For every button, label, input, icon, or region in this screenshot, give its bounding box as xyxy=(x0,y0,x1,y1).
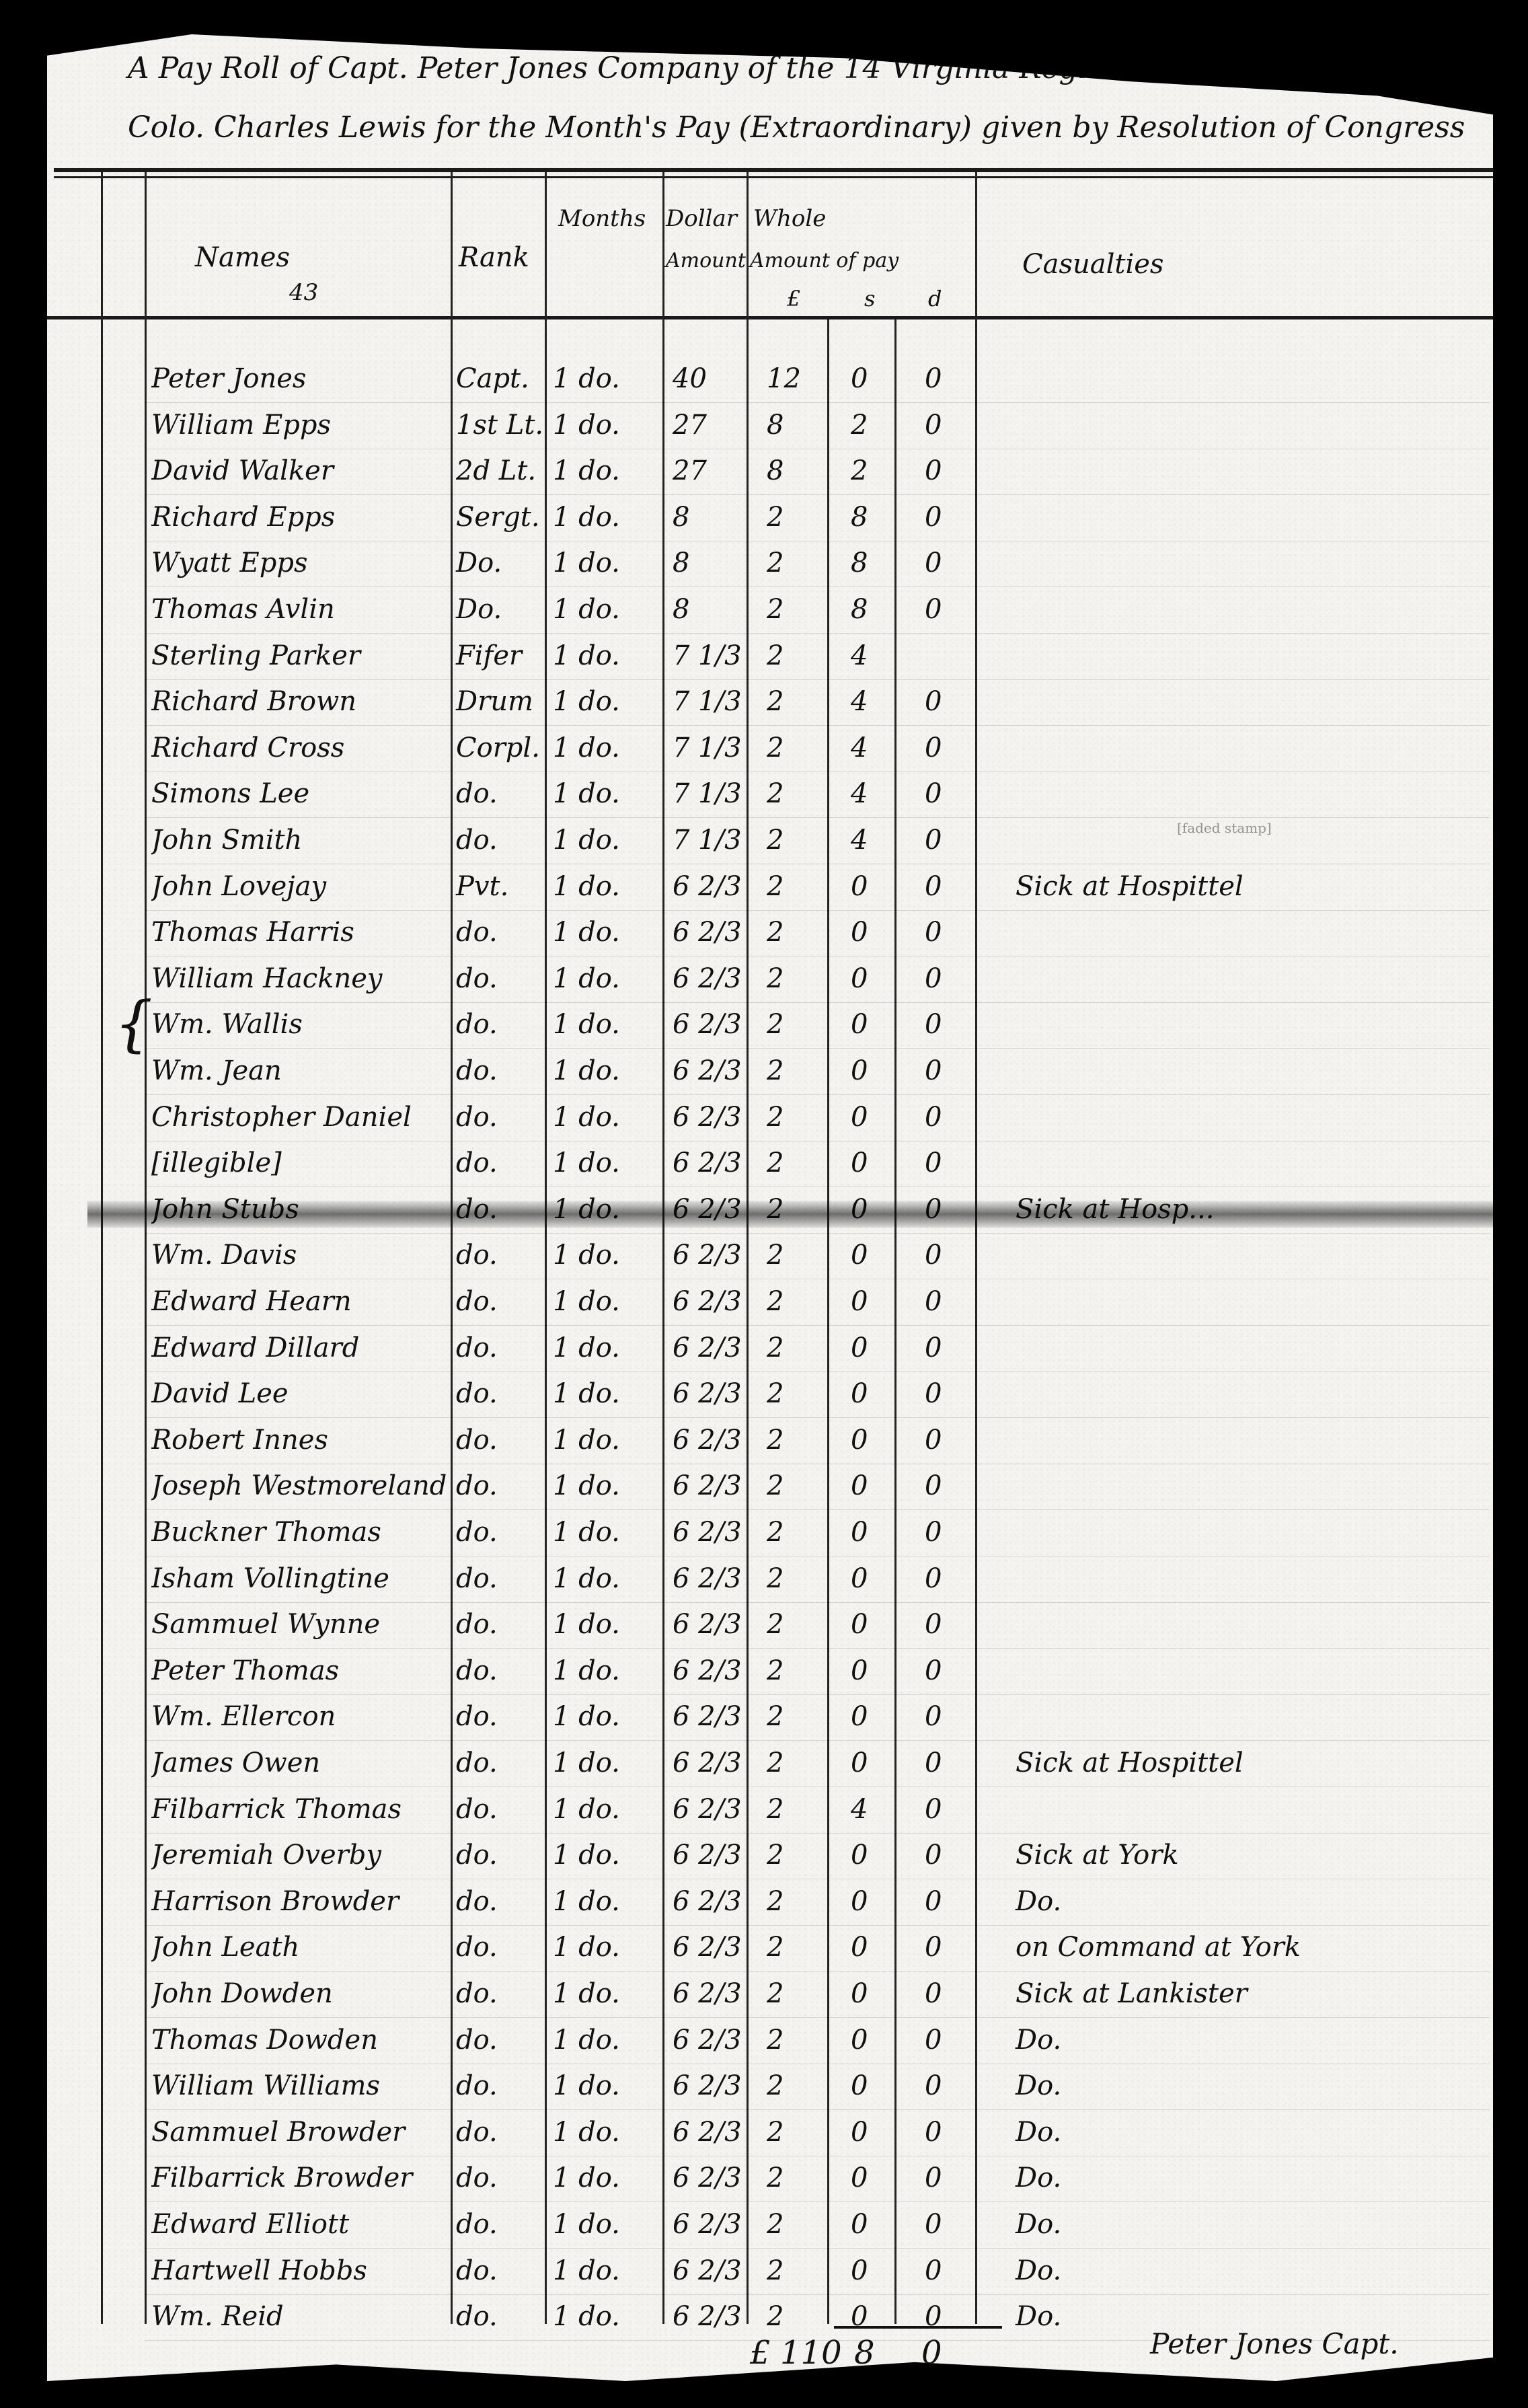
pounds-cell: 2 xyxy=(767,1655,784,1686)
pounds-cell: 2 xyxy=(767,502,784,533)
shillings-cell: 0 xyxy=(851,917,868,948)
dollars-cell: 6 2/3 xyxy=(673,1517,742,1548)
dollars-cell: 6 2/3 xyxy=(673,1378,742,1409)
rank-cell: do. xyxy=(456,2025,498,2056)
casualty-cell: Sick at Hospittel xyxy=(1016,871,1244,902)
dollars-cell: 7 1/3 xyxy=(673,732,742,763)
dollars-cell: 27 xyxy=(673,455,707,486)
row-rule xyxy=(145,910,1490,911)
table-row: Harrison Browderdo.1 do.6 2/3200Do. xyxy=(0,1886,1480,1937)
casualty-cell: Do. xyxy=(1016,2255,1061,2286)
soldier-name: Wm. Wallis xyxy=(151,1009,447,1040)
shillings-cell: 4 xyxy=(851,778,868,809)
soldier-name: Buckner Thomas xyxy=(151,1517,447,1548)
pounds-cell: 8 xyxy=(767,455,784,486)
dollars-cell: 6 2/3 xyxy=(673,963,742,994)
pence-cell: 0 xyxy=(925,871,942,902)
pounds-cell: 2 xyxy=(767,871,784,902)
pounds-cell: 2 xyxy=(767,825,784,856)
dollars-cell: 6 2/3 xyxy=(673,1286,742,1317)
pounds-cell: 2 xyxy=(767,1978,784,2009)
pounds-cell: 2 xyxy=(767,1102,784,1133)
pence-cell: 0 xyxy=(925,1102,942,1133)
table-row: William Williamsdo.1 do.6 2/3200Do. xyxy=(0,2070,1480,2121)
table-row: Thomas Harrisdo.1 do.6 2/3200 xyxy=(0,917,1480,968)
table-row: Richard CrossCorpl.1 do.7 1/3240 xyxy=(0,732,1480,784)
soldier-name: William Hackney xyxy=(151,963,447,994)
table-row: James Owendo.1 do.6 2/3200Sick at Hospit… xyxy=(0,1747,1480,1799)
shillings-cell: 0 xyxy=(851,1240,868,1271)
rank-cell: do. xyxy=(456,1055,498,1086)
soldier-name: Thomas Harris xyxy=(151,917,447,948)
row-rule xyxy=(145,1141,1490,1141)
soldier-name: Sammuel Wynne xyxy=(151,1609,447,1640)
casualty-cell: Sick at Lankister xyxy=(1016,1978,1248,2009)
row-rule xyxy=(145,2156,1490,2156)
pence-cell: 0 xyxy=(925,1378,942,1409)
table-row: William Epps1st Lt.1 do.27820 xyxy=(0,410,1480,461)
header-top-rule xyxy=(54,168,1493,172)
table-row: Thomas AvlinDo.1 do.8280 xyxy=(0,594,1480,645)
table-row: Peter JonesCapt.1 do.401200 xyxy=(0,363,1480,414)
shillings-cell: 0 xyxy=(851,1517,868,1548)
casualty-cell: Do. xyxy=(1016,2209,1061,2240)
row-rule xyxy=(145,587,1490,587)
rank-cell: do. xyxy=(456,1517,498,1548)
dollars-cell: 6 2/3 xyxy=(673,1655,742,1686)
dollars-cell: 6 2/3 xyxy=(673,1102,742,1133)
pence-cell: 0 xyxy=(925,502,942,533)
row-rule xyxy=(145,541,1490,541)
months-cell: 1 do. xyxy=(553,1563,620,1594)
table-row: Robert Innesdo.1 do.6 2/3200 xyxy=(0,1425,1480,1476)
pounds-cell: 2 xyxy=(767,594,784,625)
soldier-name: Edward Dillard xyxy=(151,1332,447,1363)
shillings-cell: 0 xyxy=(851,363,868,394)
soldier-name: John Leath xyxy=(151,1932,447,1963)
dollars-cell: 40 xyxy=(673,363,707,394)
soldier-name: Richard Brown xyxy=(151,686,447,717)
soldier-name: Peter Jones xyxy=(151,363,447,394)
shillings-cell: 0 xyxy=(851,1378,868,1409)
pounds-cell: 2 xyxy=(767,1055,784,1086)
shillings-cell: 0 xyxy=(851,2025,868,2056)
months-cell: 1 do. xyxy=(553,871,620,902)
soldier-name: David Walker xyxy=(151,455,447,486)
dollars-cell: 7 1/3 xyxy=(673,825,742,856)
pounds-cell: 2 xyxy=(767,1240,784,1271)
months-cell: 1 do. xyxy=(553,1932,620,1963)
dollars-cell: 6 2/3 xyxy=(673,1425,742,1456)
pounds-cell: 2 xyxy=(767,548,784,578)
months-cell: 1 do. xyxy=(553,1840,620,1871)
soldier-name: Filbarrick Browder xyxy=(151,2162,447,2193)
shillings-cell: 4 xyxy=(851,686,868,717)
row-rule xyxy=(145,1048,1490,1049)
soldier-name: James Owen xyxy=(151,1747,447,1778)
pence-cell: 0 xyxy=(925,1563,942,1594)
dollars-cell: 6 2/3 xyxy=(673,1747,742,1778)
pence-cell: 0 xyxy=(925,1840,942,1871)
shillings-cell: 0 xyxy=(851,1701,868,1732)
dollars-cell: 6 2/3 xyxy=(673,1701,742,1732)
soldier-name: Edward Elliott xyxy=(151,2209,447,2240)
header-shillings: s xyxy=(864,286,875,311)
pence-cell: 0 xyxy=(925,1701,942,1732)
shillings-cell: 8 xyxy=(851,548,868,578)
pounds-cell: 2 xyxy=(767,1009,784,1040)
table-row: Sammuel Browderdo.1 do.6 2/3200Do. xyxy=(0,2117,1480,2168)
table-row: [illegible]do.1 do.6 2/3200 xyxy=(0,1147,1480,1199)
row-rule xyxy=(145,1556,1490,1556)
shillings-cell: 0 xyxy=(851,1655,868,1686)
soldier-name: John Dowden xyxy=(151,1978,447,2009)
rank-cell: do. xyxy=(456,1655,498,1686)
soldier-name: Robert Innes xyxy=(151,1425,447,1456)
months-cell: 1 do. xyxy=(553,2209,620,2240)
shillings-cell: 0 xyxy=(851,1747,868,1778)
months-cell: 1 do. xyxy=(553,825,620,856)
shillings-cell: 0 xyxy=(851,1470,868,1501)
pounds-cell: 2 xyxy=(767,1609,784,1640)
soldier-name: Harrison Browder xyxy=(151,1886,447,1917)
months-cell: 1 do. xyxy=(553,778,620,809)
shillings-cell: 0 xyxy=(851,1102,868,1133)
rank-cell: do. xyxy=(456,1609,498,1640)
pence-cell: 0 xyxy=(925,1470,942,1501)
months-cell: 1 do. xyxy=(553,640,620,671)
table-row: Sammuel Wynnedo.1 do.6 2/3200 xyxy=(0,1609,1480,1660)
months-cell: 1 do. xyxy=(553,2117,620,2148)
row-rule xyxy=(145,1279,1490,1279)
pounds-cell: 2 xyxy=(767,2209,784,2240)
soldier-name: Sterling Parker xyxy=(151,640,447,671)
soldier-name: William Williams xyxy=(151,2070,447,2101)
pence-cell: 0 xyxy=(925,963,942,994)
dollars-cell: 6 2/3 xyxy=(673,2301,742,2332)
casualty-cell: Sick at York xyxy=(1016,1840,1179,1871)
soldier-name: William Epps xyxy=(151,410,447,441)
shillings-cell: 0 xyxy=(851,871,868,902)
row-rule xyxy=(145,2248,1490,2249)
pounds-cell: 2 xyxy=(767,1378,784,1409)
header-dollar-amount: Amount xyxy=(666,249,746,272)
row-rule xyxy=(145,1694,1490,1695)
pence-cell: 0 xyxy=(925,2025,942,2056)
pounds-cell: 2 xyxy=(767,1886,784,1917)
row-rule xyxy=(145,864,1490,864)
shillings-cell: 0 xyxy=(851,1609,868,1640)
months-cell: 1 do. xyxy=(553,1886,620,1917)
row-rule xyxy=(145,1371,1490,1372)
total-pounds: 110 xyxy=(780,2334,842,2372)
pence-cell: 0 xyxy=(925,778,942,809)
months-cell: 1 do. xyxy=(553,1102,620,1133)
row-rule xyxy=(145,1094,1490,1095)
shillings-cell: 2 xyxy=(851,410,868,441)
shillings-cell: 8 xyxy=(851,502,868,533)
months-cell: 1 do. xyxy=(553,1655,620,1686)
pounds-cell: 2 xyxy=(767,1747,784,1778)
months-cell: 1 do. xyxy=(553,1470,620,1501)
pence-cell: 0 xyxy=(925,2117,942,2148)
pence-cell: 0 xyxy=(925,1240,942,1271)
casualty-cell: Sick at Hospittel xyxy=(1016,1747,1244,1778)
pence-cell: 0 xyxy=(925,455,942,486)
pounds-cell: 2 xyxy=(767,1286,784,1317)
dollars-cell: 6 2/3 xyxy=(673,1009,742,1040)
casualty-cell: on Command at York xyxy=(1016,1932,1301,1963)
pence-cell: 0 xyxy=(925,1425,942,1456)
fold-crease xyxy=(87,1201,1528,1228)
pounds-cell: 2 xyxy=(767,2162,784,2193)
pounds-cell: 8 xyxy=(767,410,784,441)
dollars-cell: 6 2/3 xyxy=(673,1055,742,1086)
header-whole-top: Whole xyxy=(753,205,826,232)
months-cell: 1 do. xyxy=(553,455,620,486)
rank-cell: do. xyxy=(456,1378,498,1409)
pence-cell: 0 xyxy=(925,1655,942,1686)
pounds-cell: 2 xyxy=(767,1470,784,1501)
rank-cell: do. xyxy=(456,1470,498,1501)
row-rule xyxy=(145,956,1490,956)
soldier-name: Thomas Avlin xyxy=(151,594,447,625)
row-rule xyxy=(145,1786,1490,1787)
table-row: David Leedo.1 do.6 2/3200 xyxy=(0,1378,1480,1429)
row-rule xyxy=(145,1002,1490,1003)
months-cell: 1 do. xyxy=(553,2255,620,2286)
soldier-name: Wm. Reid xyxy=(151,2301,447,2332)
rank-cell: do. xyxy=(456,1840,498,1871)
table-row: Christopher Danieldo.1 do.6 2/3200 xyxy=(0,1102,1480,1153)
table-row: David Walker2d Lt.1 do.27820 xyxy=(0,455,1480,506)
pence-cell: 0 xyxy=(925,1055,942,1086)
header-pounds: £ xyxy=(787,286,800,311)
pay-roll-sheet: A Pay Roll of Capt. Peter Jones Company … xyxy=(47,20,1493,2381)
shillings-cell: 0 xyxy=(851,2162,868,2193)
table-row: Wm. Wallisdo.1 do.6 2/3200 xyxy=(0,1009,1480,1060)
rank-cell: Capt. xyxy=(456,363,529,394)
header-rank: Rank xyxy=(459,242,529,273)
months-cell: 1 do. xyxy=(553,1425,620,1456)
pounds-cell: 2 xyxy=(767,1794,784,1825)
row-rule xyxy=(145,2064,1490,2064)
table-row: John LovejayPvt.1 do.6 2/3200Sick at Hos… xyxy=(0,871,1480,922)
shillings-cell: 0 xyxy=(851,1563,868,1594)
rank-cell: Pvt. xyxy=(456,871,508,902)
soldier-name: Filbarrick Thomas xyxy=(151,1794,447,1825)
row-rule xyxy=(145,402,1490,403)
pence-cell: 0 xyxy=(925,594,942,625)
months-cell: 1 do. xyxy=(553,2025,620,2056)
header-pence: d xyxy=(928,286,942,311)
pounds-cell: 2 xyxy=(767,1701,784,1732)
dollars-cell: 8 xyxy=(673,502,689,533)
months-cell: 1 do. xyxy=(553,2162,620,2193)
rank-cell: do. xyxy=(456,1102,498,1133)
soldier-name: Wyatt Epps xyxy=(151,548,447,578)
row-rule xyxy=(145,2294,1490,2295)
rank-cell: do. xyxy=(456,2117,498,2148)
pence-cell: 0 xyxy=(925,410,942,441)
title-line-1: A Pay Roll of Capt. Peter Jones Company … xyxy=(128,54,1407,83)
shillings-cell: 0 xyxy=(851,1978,868,2009)
dollars-cell: 8 xyxy=(673,594,689,625)
months-cell: 1 do. xyxy=(553,1701,620,1732)
rank-cell: do. xyxy=(456,2255,498,2286)
table-row: Filbarrick Thomasdo.1 do.6 2/3240 xyxy=(0,1794,1480,1845)
table-row: Wm. Davisdo.1 do.6 2/3200 xyxy=(0,1240,1480,1291)
pence-cell: 0 xyxy=(925,917,942,948)
pounds-cell: 2 xyxy=(767,1332,784,1363)
row-rule xyxy=(145,1879,1490,1879)
casualty-cell: Do. xyxy=(1016,2117,1061,2148)
pence-cell: 0 xyxy=(925,1886,942,1917)
months-cell: 1 do. xyxy=(553,1747,620,1778)
shillings-cell: 0 xyxy=(851,1147,868,1178)
rank-cell: do. xyxy=(456,2301,498,2332)
rank-cell: do. xyxy=(456,1794,498,1825)
shillings-cell: 0 xyxy=(851,2070,868,2101)
dollars-cell: 6 2/3 xyxy=(673,871,742,902)
soldier-name: Peter Thomas xyxy=(151,1655,447,1686)
margin-bracket-mark: { xyxy=(114,989,153,1059)
header-names-count: 43 xyxy=(289,279,318,306)
pounds-cell: 2 xyxy=(767,1840,784,1871)
pounds-cell: 2 xyxy=(767,917,784,948)
pence-cell: 0 xyxy=(925,732,942,763)
months-cell: 1 do. xyxy=(553,1009,620,1040)
dollars-cell: 7 1/3 xyxy=(673,686,742,717)
header-months: Months xyxy=(558,205,646,232)
row-rule xyxy=(145,1509,1490,1510)
rank-cell: Corpl. xyxy=(456,732,540,763)
total-overline xyxy=(834,2326,1002,2329)
rank-cell: do. xyxy=(456,2070,498,2101)
dollars-cell: 6 2/3 xyxy=(673,1609,742,1640)
dollars-cell: 6 2/3 xyxy=(673,1147,742,1178)
table-row: Jeremiah Overbydo.1 do.6 2/3200Sick at Y… xyxy=(0,1840,1480,1891)
soldier-name: Thomas Dowden xyxy=(151,2025,447,2056)
header-top-rule-2 xyxy=(54,176,1493,178)
total-pounds-sign: £ xyxy=(750,2334,771,2372)
pounds-cell: 2 xyxy=(767,778,784,809)
months-cell: 1 do. xyxy=(553,1147,620,1178)
table-row: Wm. Ellercondo.1 do.6 2/3200 xyxy=(0,1701,1480,1752)
shillings-cell: 0 xyxy=(851,2117,868,2148)
row-rule xyxy=(145,449,1490,449)
months-cell: 1 do. xyxy=(553,1794,620,1825)
shillings-cell: 4 xyxy=(851,1794,868,1825)
row-rule xyxy=(145,817,1490,818)
shillings-cell: 0 xyxy=(851,1886,868,1917)
rank-cell: Sergt. xyxy=(456,502,540,533)
pounds-cell: 2 xyxy=(767,2301,784,2332)
title-line-2: Colo. Charles Lewis for the Month's Pay … xyxy=(128,113,1465,143)
table-row: William Hackneydo.1 do.6 2/3200 xyxy=(0,963,1480,1014)
shillings-cell: 0 xyxy=(851,1286,868,1317)
dollars-cell: 6 2/3 xyxy=(673,1978,742,2009)
casualty-cell: Do. xyxy=(1016,2162,1061,2193)
pence-cell: 0 xyxy=(925,2070,942,2101)
pence-cell: 0 xyxy=(925,1932,942,1963)
soldier-name: Hartwell Hobbs xyxy=(151,2255,447,2286)
rank-cell: do. xyxy=(456,1886,498,1917)
soldier-name: Jeremiah Overby xyxy=(151,1840,447,1871)
months-cell: 1 do. xyxy=(553,732,620,763)
table-row: John Leathdo.1 do.6 2/3200on Command at … xyxy=(0,1932,1480,1983)
pence-cell: 0 xyxy=(925,548,942,578)
table-row: Buckner Thomasdo.1 do.6 2/3200 xyxy=(0,1517,1480,1568)
months-cell: 1 do. xyxy=(553,917,620,948)
rank-cell: do. xyxy=(456,1332,498,1363)
months-cell: 1 do. xyxy=(553,1378,620,1409)
shillings-cell: 0 xyxy=(851,1332,868,1363)
rank-cell: do. xyxy=(456,2209,498,2240)
rank-cell: do. xyxy=(456,1240,498,1271)
table-row: Thomas Dowdendo.1 do.6 2/3200Do. xyxy=(0,2025,1480,2076)
months-cell: 1 do. xyxy=(553,1286,620,1317)
table-row: Isham Vollingtinedo.1 do.6 2/3200 xyxy=(0,1563,1480,1614)
shillings-cell: 0 xyxy=(851,963,868,994)
header-bottom-rule xyxy=(40,316,1493,319)
months-cell: 1 do. xyxy=(553,363,620,394)
row-rule xyxy=(145,1325,1490,1326)
soldier-name: Wm. Davis xyxy=(151,1240,447,1271)
pence-cell: 0 xyxy=(925,825,942,856)
header-names: Names xyxy=(195,242,290,273)
soldier-name: [illegible] xyxy=(151,1147,447,1178)
months-cell: 1 do. xyxy=(553,2070,620,2101)
rank-cell: do. xyxy=(456,1147,498,1178)
soldier-name: John Smith xyxy=(151,825,447,856)
months-cell: 1 do. xyxy=(553,548,620,578)
months-cell: 1 do. xyxy=(553,1055,620,1086)
dollars-cell: 7 1/3 xyxy=(673,640,742,671)
header-dollar-top: Dollar xyxy=(666,205,737,232)
soldier-name: Richard Epps xyxy=(151,502,447,533)
pounds-cell: 2 xyxy=(767,686,784,717)
dollars-cell: 6 2/3 xyxy=(673,1840,742,1871)
total-shillings: 8 xyxy=(854,2334,875,2372)
row-rule xyxy=(145,633,1490,634)
dollars-cell: 6 2/3 xyxy=(673,917,742,948)
pounds-cell: 2 xyxy=(767,2025,784,2056)
shillings-cell: 4 xyxy=(851,732,868,763)
months-cell: 1 do. xyxy=(553,686,620,717)
table-row: Wm. Jeando.1 do.6 2/3200 xyxy=(0,1055,1480,1106)
dollars-cell: 8 xyxy=(673,548,689,578)
months-cell: 1 do. xyxy=(553,1609,620,1640)
months-cell: 1 do. xyxy=(553,410,620,441)
table-row: Richard BrownDrum1 do.7 1/3240 xyxy=(0,686,1480,737)
pounds-cell: 2 xyxy=(767,1563,784,1594)
table-row: Edward Hearndo.1 do.6 2/3200 xyxy=(0,1286,1480,1337)
row-rule xyxy=(145,1233,1490,1234)
rank-cell: do. xyxy=(456,778,498,809)
table-row: Richard EppsSergt.1 do.8280 xyxy=(0,502,1480,553)
pounds-cell: 2 xyxy=(767,2255,784,2286)
soldier-name: Christopher Daniel xyxy=(151,1102,447,1133)
casualty-cell: Do. xyxy=(1016,1886,1061,1917)
rank-cell: Drum xyxy=(456,686,533,717)
pounds-cell: 12 xyxy=(767,363,801,394)
table-row: Edward Elliottdo.1 do.6 2/3200Do. xyxy=(0,2209,1480,2260)
dollars-cell: 6 2/3 xyxy=(673,2209,742,2240)
row-rule xyxy=(145,679,1490,680)
soldier-name: Joseph Westmoreland xyxy=(151,1470,447,1501)
pounds-cell: 2 xyxy=(767,963,784,994)
